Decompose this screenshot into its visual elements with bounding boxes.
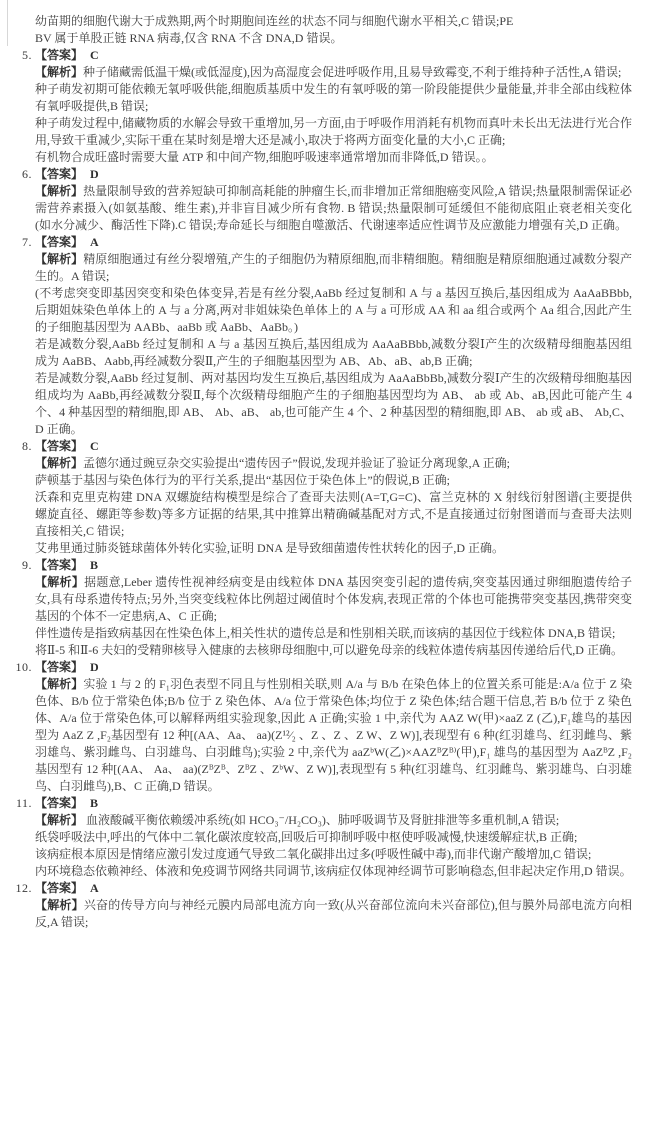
analysis-paragraph: (不考虑突变即基因突变和染色体变异,若是有丝分裂,AaBb 经过复制和 A 与 … [35,285,632,336]
item-content: 【答案】D【解析】实验 1 与 2 的 F₁羽色表型不同且与性别相关联,则 A/… [35,659,632,795]
analysis-paragraph: 萨顿基于基因与染色体行为的平行关系,提出“基因位于染色体上”的假说,B 正确; [35,472,632,489]
analysis-label: 【解析】 [35,65,83,79]
analysis-paragraph: 【解析】孟德尔通过豌豆杂交实验提出“遗传因子”假说,发现并验证了验证分离现象,A… [35,455,632,472]
answer-line: 【答案】A [35,234,632,251]
answer-value: A [90,235,99,249]
answer-label: 【答案】 [35,48,83,62]
analysis-paragraph: 纸袋呼吸法中,呼出的气体中二氧化碳浓度较高,回吸后可抑制呼吸中枢使呼吸减慢,快速… [35,829,632,846]
doc-row: 7.【答案】A【解析】精原细胞通过有丝分裂增殖,产生的子细胞仍为精原细胞,而非精… [0,234,632,438]
analysis-paragraph: 【解析】据题意,Leber 遗传性视神经病变是由线粒体 DNA 基因突变引起的遗… [35,574,632,625]
item-number: 12. [0,880,35,897]
analysis-text: 兴奋的传导方向与神经元膜内局部电流方向一致(从兴奋部位流向未兴奋部位),但与膜外… [35,898,632,929]
item-number: 10. [0,659,35,676]
analysis-paragraph: 沃森和克里克构建 DNA 双螺旋结构模型是综合了查哥夫法则(A=T,G=C)、富… [35,489,632,540]
analysis-paragraph: 将Ⅱ-5 和Ⅱ-6 夫妇的受精卵核导入健康的去核卵母细胞中,可以避免母亲的线粒体… [35,642,632,659]
answer-value: D [90,660,99,674]
item-content: 幼苗期的细胞代谢大于成熟期,两个时期胞间连丝的状态不同与细胞代谢水平相关,C 错… [35,13,632,47]
answer-line: 【答案】C [35,47,632,64]
analysis-paragraph: 种子萌发过程中,储藏物质的水解会导致干重增加,另一方面,由于呼吸作用消耗有机物而… [35,115,632,149]
analysis-label: 【解析】 [35,252,83,266]
item-content: 【答案】A【解析】兴奋的传导方向与神经元膜内局部电流方向一致(从兴奋部位流向未兴… [35,880,632,931]
analysis-text: 精原细胞通过有丝分裂增殖,产生的子细胞仍为精原细胞,而非精细胞。精细胞是精原细胞… [35,252,632,283]
analysis-label: 【解析】 [35,898,84,912]
answer-line: 【答案】C [35,438,632,455]
answer-value: B [90,558,98,572]
item-content: 【答案】A【解析】精原细胞通过有丝分裂增殖,产生的子细胞仍为精原细胞,而非精细胞… [35,234,632,438]
answer-label: 【答案】 [35,881,83,895]
analysis-paragraph: 伴性遗传是指致病基因在性染色体上,相关性状的遗传总是和性别相关联,而该病的基因位… [35,625,632,642]
item-number: 8. [0,438,35,455]
analysis-paragraph: 【解析】兴奋的传导方向与神经元膜内局部电流方向一致(从兴奋部位流向未兴奋部位),… [35,897,632,931]
item-number: 7. [0,234,35,251]
analysis-label: 【解析】 [35,677,83,691]
item-number: 9. [0,557,35,574]
answer-value: D [90,167,99,181]
item-content: 【答案】D【解析】热量限制导致的营养短缺可抑制高耗能的肿瘤生长,而非增加正常细胞… [35,166,632,234]
continuation-line: 幼苗期的细胞代谢大于成熟期,两个时期胞间连丝的状态不同与细胞代谢水平相关,C 错… [35,13,632,30]
analysis-text: 据题意,Leber 遗传性视神经病变是由线粒体 DNA 基因突变引起的遗传病,突… [35,575,632,623]
doc-row: 8.【答案】C【解析】孟德尔通过豌豆杂交实验提出“遗传因子”假说,发现并验证了验… [0,438,632,557]
doc-row: 幼苗期的细胞代谢大于成熟期,两个时期胞间连丝的状态不同与细胞代谢水平相关,C 错… [0,13,632,47]
answer-label: 【答案】 [35,796,83,810]
analysis-paragraph: 【解析】种子储藏需低温干燥(或低湿度),因为高湿度会促进呼吸作用,且易导致霉变,… [35,64,632,81]
answer-value: B [90,796,98,810]
answer-line: 【答案】B [35,557,632,574]
doc-row: 6.【答案】D【解析】热量限制导致的营养短缺可抑制高耗能的肿瘤生长,而非增加正常… [0,166,632,234]
doc-row: 10.【答案】D【解析】实验 1 与 2 的 F₁羽色表型不同且与性别相关联,则… [0,659,632,795]
answer-line: 【答案】D [35,166,632,183]
item-number: 11. [0,795,35,812]
doc-row: 11.【答案】B【解析】 血液酸碱平衡依赖缓冲系统(如 HCO₃⁻/H₂CO₃)… [0,795,632,880]
answer-label: 【答案】 [35,558,83,572]
item-number: 6. [0,166,35,183]
analysis-label: 【解析】 [35,184,83,198]
analysis-text: 实验 1 与 2 的 F₁羽色表型不同且与性别相关联,则 A/a 与 B/b 在… [35,677,632,793]
answer-key-document: 幼苗期的细胞代谢大于成熟期,两个时期胞间连丝的状态不同与细胞代谢水平相关,C 错… [0,13,632,931]
analysis-paragraph: 【解析】实验 1 与 2 的 F₁羽色表型不同且与性别相关联,则 A/a 与 B… [35,676,632,795]
item-number: 5. [0,47,35,64]
analysis-paragraph: 若是减数分裂,AaBb 经过复制、两对基因均发生互换后,基因组成为 AaAaBb… [35,370,632,438]
answer-label: 【答案】 [35,167,83,181]
analysis-label: 【解析】 [35,575,84,589]
analysis-text: 种子储藏需低温干燥(或低湿度),因为高湿度会促进呼吸作用,且易导致霉变,不利于维… [83,65,621,79]
answer-label: 【答案】 [35,439,83,453]
doc-row: 9.【答案】B【解析】据题意,Leber 遗传性视神经病变是由线粒体 DNA 基… [0,557,632,659]
answer-value: A [90,881,99,895]
analysis-label: 【解析】 [35,813,83,827]
analysis-paragraph: 内环境稳态依赖神经、体液和免疫调节网络共同调节,该病症仅体现神经调节可影响稳态,… [35,863,632,880]
answer-line: 【答案】A [35,880,632,897]
doc-row: 5.【答案】C【解析】种子储藏需低温干燥(或低湿度),因为高湿度会促进呼吸作用,… [0,47,632,166]
analysis-text: 孟德尔通过豌豆杂交实验提出“遗传因子”假说,发现并验证了验证分离现象,A 正确; [83,456,510,470]
analysis-paragraph: 种子萌发初期可能依赖无氧呼吸供能,细胞质基质中发生的有氧呼吸的第一阶段能提供少量… [35,81,632,115]
answer-line: 【答案】D [35,659,632,676]
answer-value: C [90,439,99,453]
analysis-paragraph: 若是减数分裂,AaBb 经过复制和 A 与 a 基因互换后,基因组成为 AaAa… [35,336,632,370]
item-content: 【答案】C【解析】种子储藏需低温干燥(或低湿度),因为高湿度会促进呼吸作用,且易… [35,47,632,166]
analysis-paragraph: 艾弗里通过肺炎链球菌体外转化实验,证明 DNA 是导致细菌遗传性状转化的因子,D… [35,540,632,557]
item-content: 【答案】B【解析】据题意,Leber 遗传性视神经病变是由线粒体 DNA 基因突… [35,557,632,659]
scanned-answer-key-page: 幼苗期的细胞代谢大于成熟期,两个时期胞间连丝的状态不同与细胞代谢水平相关,C 错… [0,0,662,1125]
analysis-paragraph: 有机物合成旺盛时需要大量 ATP 和中间产物,细胞呼吸速率通常增加而非降低,D … [35,149,632,166]
analysis-text: 血液酸碱平衡依赖缓冲系统(如 HCO₃⁻/H₂CO₃)、肺呼吸调节及肾脏排泄等多… [83,813,559,827]
analysis-paragraph: 【解析】热量限制导致的营养短缺可抑制高耗能的肿瘤生长,而非增加正常细胞癌变风险,… [35,183,632,234]
item-content: 【答案】B【解析】 血液酸碱平衡依赖缓冲系统(如 HCO₃⁻/H₂CO₃)、肺呼… [35,795,632,880]
item-content: 【答案】C【解析】孟德尔通过豌豆杂交实验提出“遗传因子”假说,发现并验证了验证分… [35,438,632,557]
analysis-paragraph: 【解析】 血液酸碱平衡依赖缓冲系统(如 HCO₃⁻/H₂CO₃)、肺呼吸调节及肾… [35,812,632,829]
answer-value: C [90,48,99,62]
answer-line: 【答案】B [35,795,632,812]
doc-row: 12.【答案】A【解析】兴奋的传导方向与神经元膜内局部电流方向一致(从兴奋部位流… [0,880,632,931]
answer-label: 【答案】 [35,660,83,674]
analysis-label: 【解析】 [35,456,83,470]
analysis-paragraph: 该病症根本原因是情绪应激引发过度通气导致二氧化碳排出过多(呼吸性碱中毒),而非代… [35,846,632,863]
analysis-paragraph: 【解析】精原细胞通过有丝分裂增殖,产生的子细胞仍为精原细胞,而非精细胞。精细胞是… [35,251,632,285]
analysis-text: 热量限制导致的营养短缺可抑制高耗能的肿瘤生长,而非增加正常细胞癌变风险,A 错误… [35,184,632,232]
continuation-line: BV 属于单股正链 RNA 病毒,仅含 RNA 不含 DNA,D 错误。 [35,30,632,47]
answer-label: 【答案】 [35,235,83,249]
